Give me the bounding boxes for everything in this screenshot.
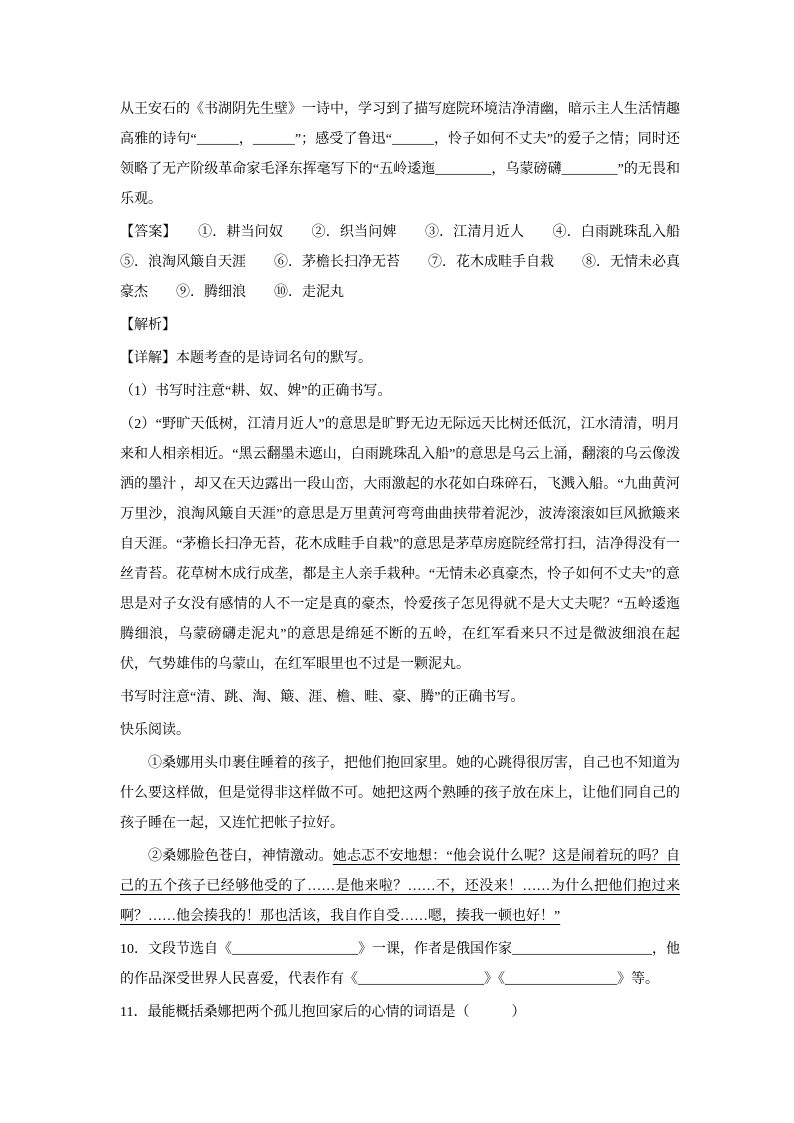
text-run: 书写时注意“清、跳、淘、簸、涯、檐、畦、豪、腾”的正确书写。 <box>120 690 524 705</box>
text-run: 10．文段节选自《__________________》一课，作者是俄国作家__… <box>120 942 680 987</box>
detail-explanation-paragraph: 【详解】本题考查的是诗词名句的默写。 <box>120 344 680 374</box>
question-11-paragraph: 11．最能概括桑娜把两个孤儿抱回家后的心情的词语是（ ） <box>120 998 680 1028</box>
answer-paragraph: 【答案】 ①．耕当问奴 ②．织当问婢 ③．江清月近人 ④．白雨跳珠乱入船 ⑤．浪… <box>120 218 680 308</box>
text-run: 【答案】 ①．耕当问奴 ②．织当问婢 ③．江清月近人 ④．白雨跳珠乱入船 ⑤．浪… <box>120 225 708 300</box>
text-run: 【详解】本题考查的是诗词名句的默写。 <box>120 351 372 366</box>
text-run: ①桑娜用头巾裹住睡着的孩子，把他们抱回家里。她的心跳得很厉害，自己也不知道为什么… <box>120 756 680 831</box>
dictation-question-paragraph: 从王安石的《书湖阴先生壁》一诗中，学习到了描写庭院环境洁净清幽，暗示主人生活情趣… <box>120 95 680 215</box>
passage-paragraph-2: ②桑娜脸色苍白，神情激动。她忐忑不安地想：“他会说什么呢？这是闹着玩的吗？自己的… <box>120 842 680 932</box>
document-page: 从王安石的《书湖阴先生壁》一诗中，学习到了描写庭院环境洁净清幽，暗示主人生活情趣… <box>0 0 794 1123</box>
text-run: （1）书写时注意“耕、奴、婢”的正确书写。 <box>120 384 391 399</box>
text-run: ②桑娜脸色苍白，神情激动。 <box>148 849 333 864</box>
analysis-label-paragraph: 【解析】 <box>120 311 680 341</box>
text-run: 从王安石的《书湖阴先生壁》一诗中，学习到了描写庭院环境洁净清幽，暗示主人生活情趣… <box>120 102 680 207</box>
text-run: 【解析】 <box>120 318 176 333</box>
text-run: 11．最能概括桑娜把两个孤儿抱回家后的心情的词语是（ ） <box>120 1005 525 1020</box>
text-run: 快乐阅读。 <box>120 723 190 738</box>
passage-paragraph-1: ①桑娜用头巾裹住睡着的孩子，把他们抱回家里。她的心跳得很厉害，自己也不知道为什么… <box>120 749 680 839</box>
document-body: 从王安石的《书湖阴先生壁》一诗中，学习到了描写庭院环境洁净清幽，暗示主人生活情趣… <box>120 95 680 1031</box>
reading-section-title: 快乐阅读。 <box>120 716 680 746</box>
note-2-paragraph: （2）“野旷天低树，江清月近人”的意思是旷野无边无际远天比树还低沉，江水清清，明… <box>120 410 680 680</box>
note-1-paragraph: （1）书写时注意“耕、奴、婢”的正确书写。 <box>120 377 680 407</box>
question-10-paragraph: 10．文段节选自《__________________》一课，作者是俄国作家__… <box>120 935 680 995</box>
writing-reminder-paragraph: 书写时注意“清、跳、淘、簸、涯、檐、畦、豪、腾”的正确书写。 <box>120 683 680 713</box>
text-run: （2）“野旷天低树，江清月近人”的意思是旷野无边无际远天比树还低沉，江水清清，明… <box>120 417 680 672</box>
